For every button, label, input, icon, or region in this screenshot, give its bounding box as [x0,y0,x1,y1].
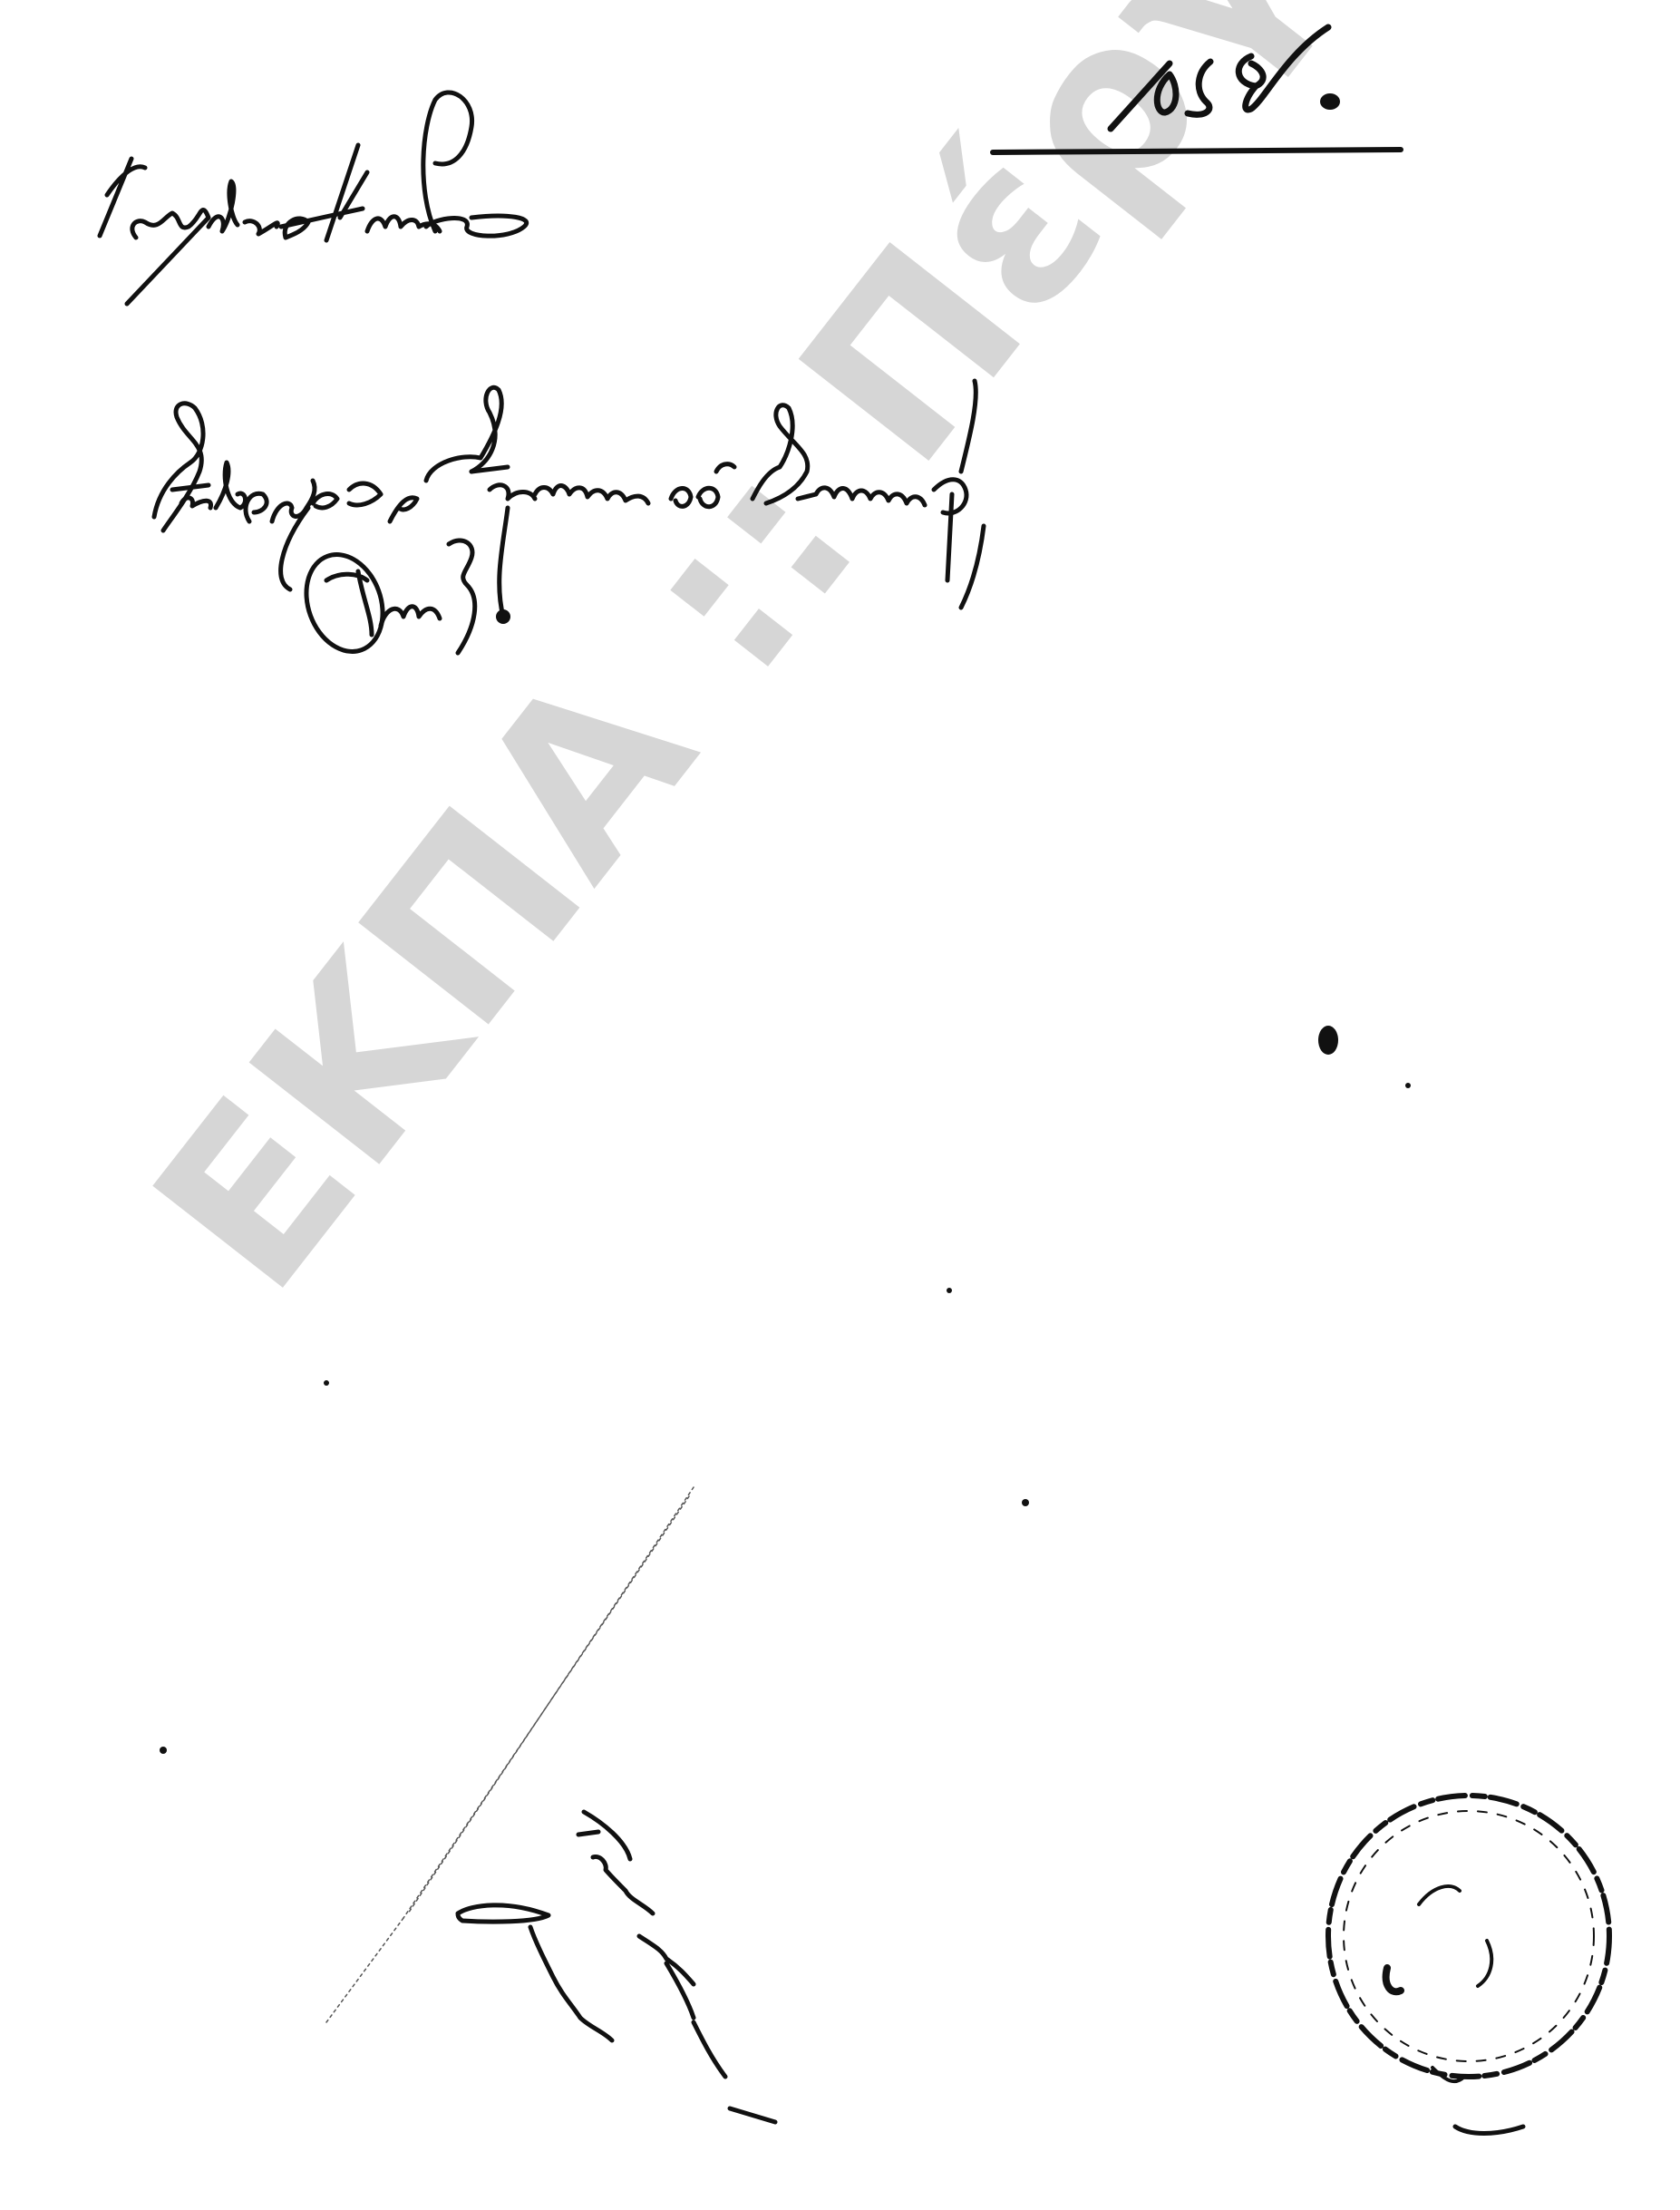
margin-note-strokes [458,1812,775,2122]
title-line-1-strokes [154,381,984,617]
catalog-number-strokes [1111,27,1340,129]
handwriting-layer [0,0,1680,2210]
header-line-strokes [100,92,527,304]
title-line-2-strokes [294,540,510,662]
stamp-strokes [1328,1796,1609,2134]
fold-line [326,1487,694,2022]
document-page: ΕΚΠΑ :: Πέργαμος [0,0,1680,2210]
ink-blot [1318,1026,1338,1055]
catalog-underline [993,150,1401,152]
